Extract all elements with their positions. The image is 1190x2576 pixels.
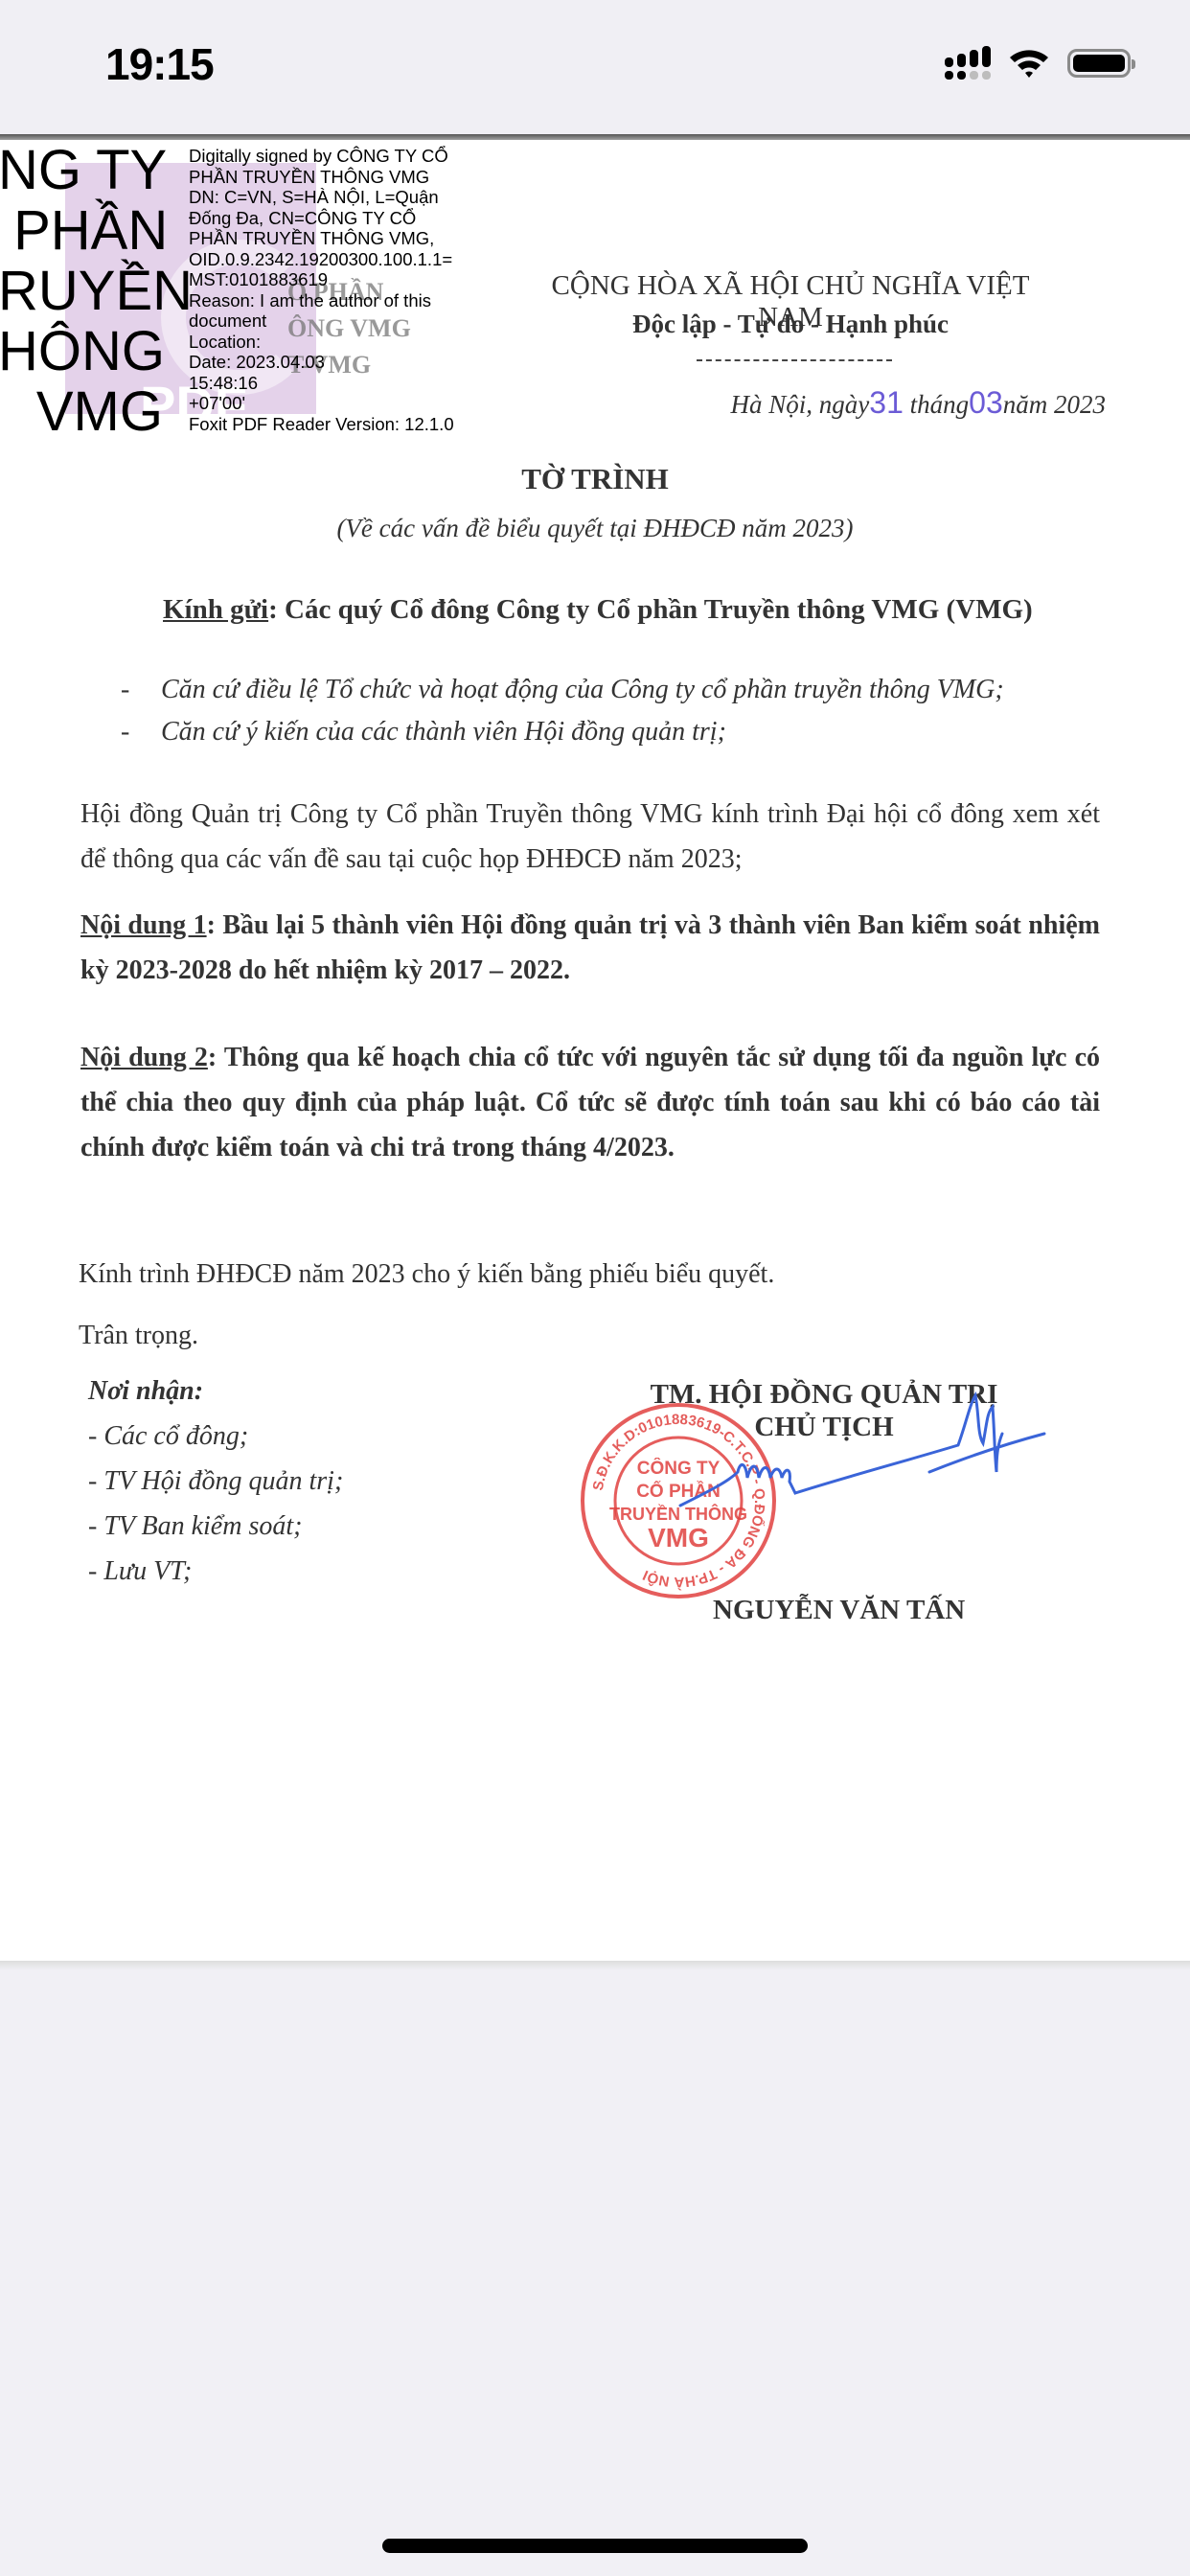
closing-paragraph: Kính trình ĐHĐCĐ năm 2023 cho ý kiến bằn… (79, 1252, 1098, 1297)
motto: Độc lập - Tự do - Hạnh phúc (537, 310, 1044, 339)
wifi-icon (1008, 47, 1050, 80)
list-item: - Lưu VT; (88, 1549, 343, 1594)
document-title: TỜ TRÌNH (0, 462, 1190, 496)
agenda-item-1: Nội dung 1: Bầu lại 5 thành viên Hội đồn… (80, 903, 1100, 993)
regards: Trân trọng. (79, 1313, 1098, 1358)
list-item: -Căn cứ điều lệ Tổ chức và hoạt động của… (121, 669, 1004, 711)
handwritten-month: 03 (969, 385, 1003, 420)
legal-bases: -Căn cứ điều lệ Tổ chức và hoạt động của… (121, 669, 1004, 753)
date-line: Hà Nội, ngày31 tháng03năm 2023 (731, 385, 1106, 421)
list-item: - TV Hội đồng quản trị; (88, 1459, 343, 1504)
battery-icon (1067, 49, 1131, 78)
divider (697, 359, 892, 361)
cellular-signal-icon (945, 46, 991, 80)
status-bar: 19:15 (0, 0, 1190, 134)
signer-name: NGUYỄN VĂN TẤN (713, 1595, 965, 1626)
list-item: -Căn cứ ý kiến của các thành viên Hội đồ… (121, 711, 1004, 753)
document-subtitle: (Về các vấn đề biểu quyết tại ĐHĐCĐ năm … (0, 514, 1190, 543)
home-indicator[interactable] (382, 2539, 808, 2553)
list-item: - TV Ban kiểm soát; (88, 1504, 343, 1549)
addressee: Kính gửi: Các quý Cổ đông Công ty Cổ phầ… (163, 594, 1033, 626)
digital-signature-details[interactable]: Digitally signed by CÔNG TY CỔ PHẦN TRUY… (189, 146, 454, 434)
signer-name-large: NG TY PHẦN RUYỀN HÔNG VMG (0, 140, 163, 442)
agenda-item-2: Nội dung 2: Thông qua kế hoạch chia cổ t… (80, 1035, 1100, 1170)
recipients: Nơi nhận: - Các cổ đông; - TV Hội đồng q… (88, 1368, 343, 1594)
status-icons (945, 46, 1131, 80)
pdf-page[interactable]: PDF Ổ PHẦN ÔNG VMG T-VMG NG TY PHẦN RUYỀ… (0, 140, 1190, 1961)
handwritten-signature (671, 1386, 1054, 1577)
list-item: - Các cổ đông; (88, 1414, 343, 1459)
status-time: 19:15 (105, 38, 214, 90)
handwritten-day: 31 (869, 385, 904, 420)
intro-paragraph: Hội đồng Quản trị Công ty Cổ phần Truyền… (80, 792, 1100, 882)
page-bottom-edge (0, 1961, 1190, 1970)
